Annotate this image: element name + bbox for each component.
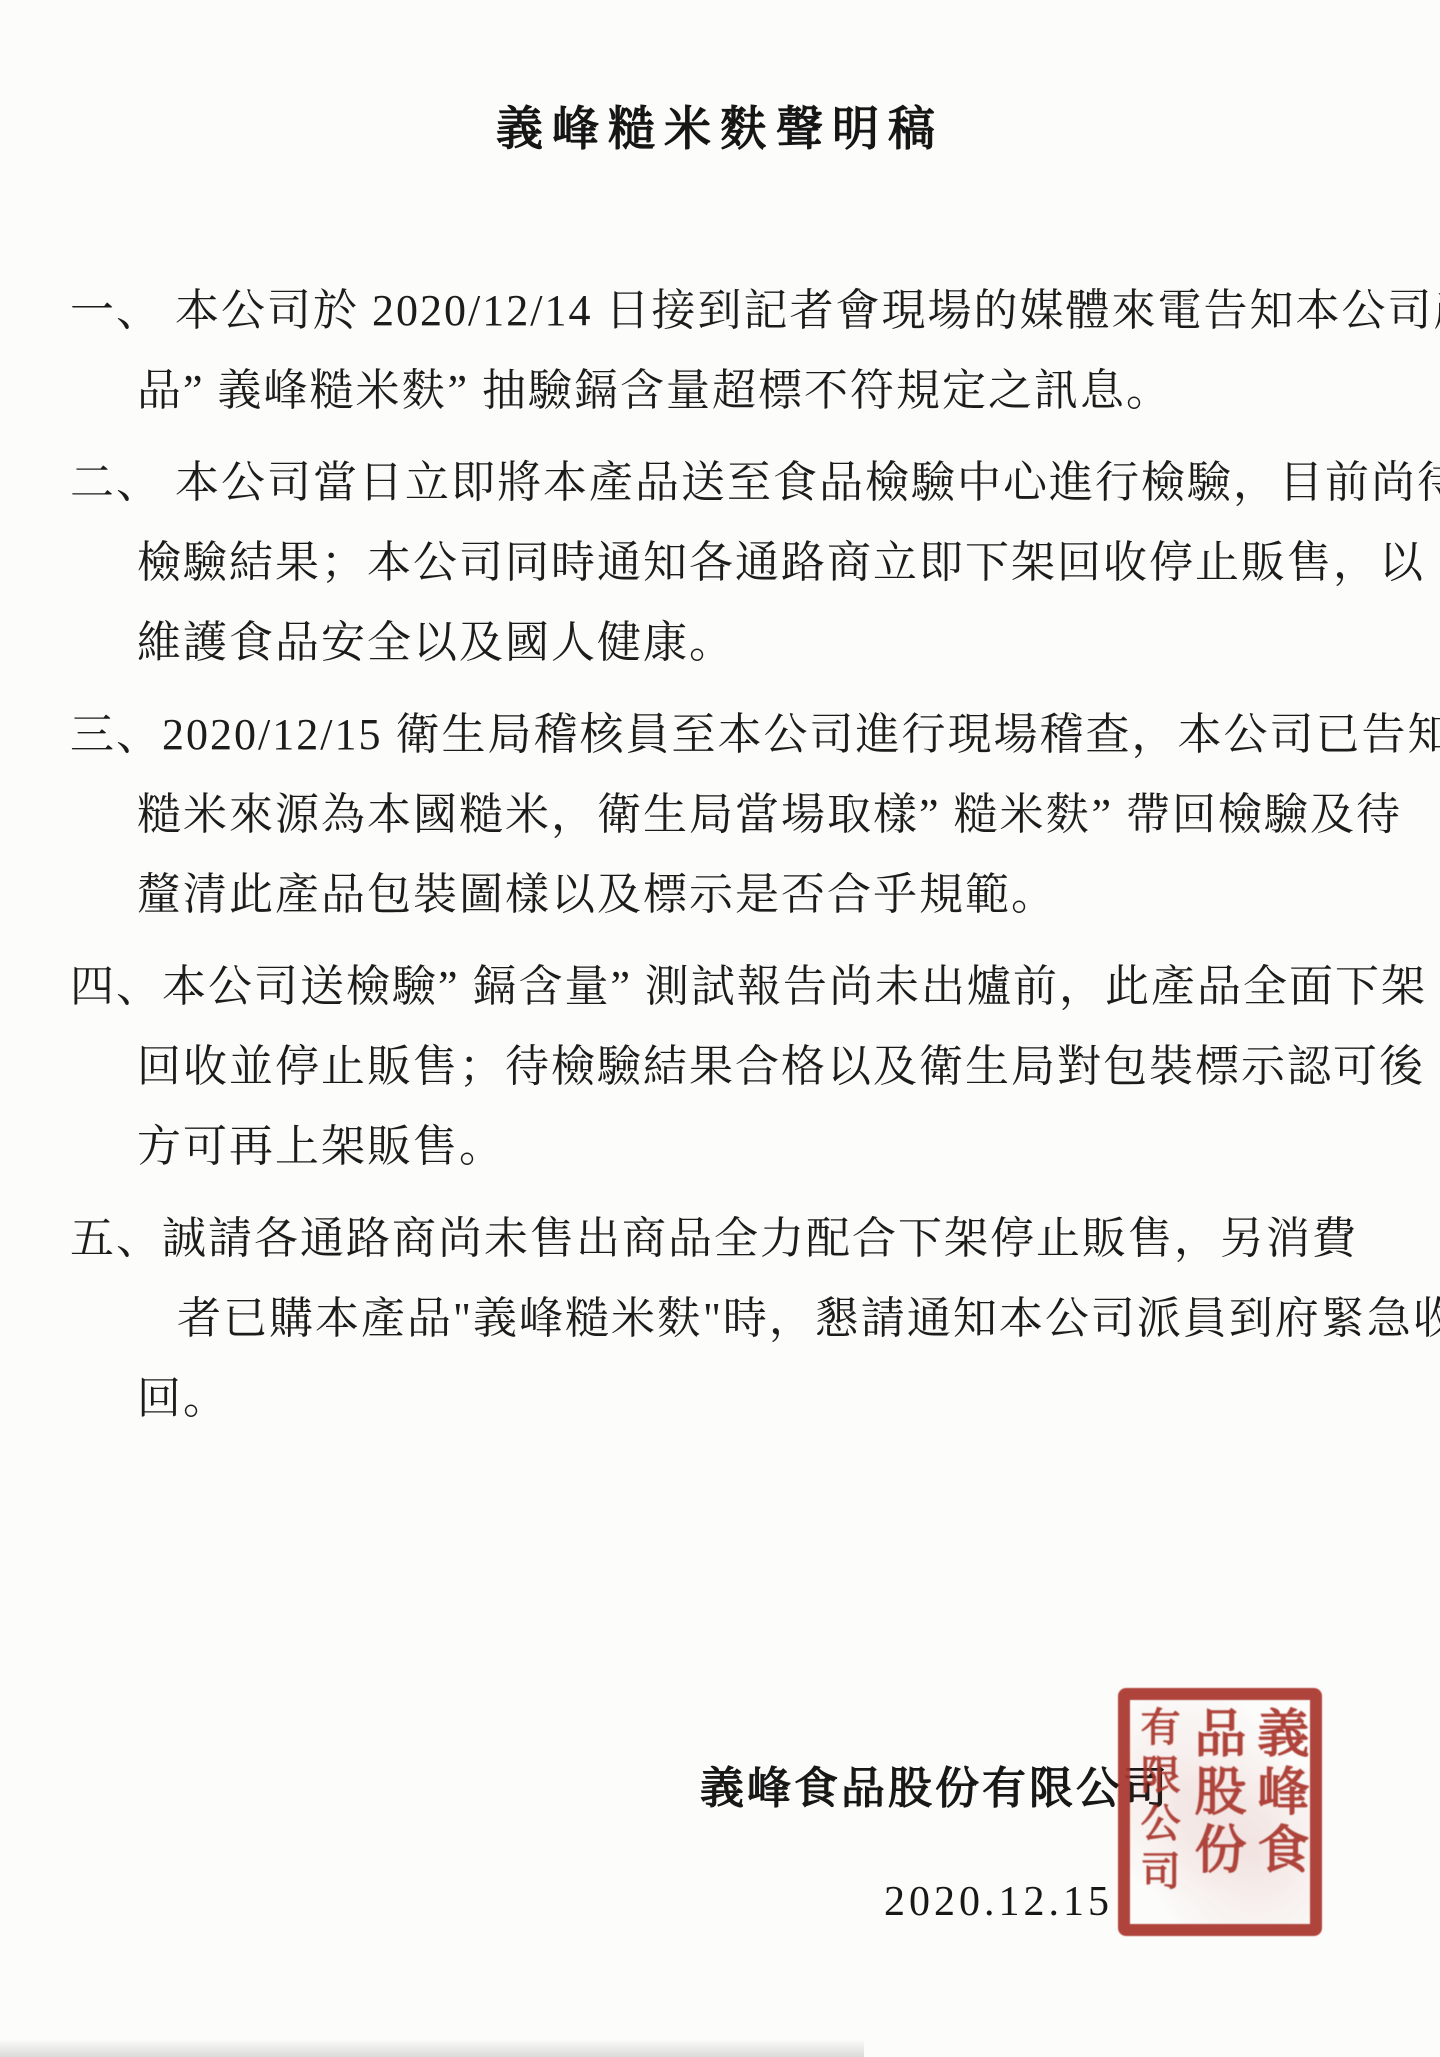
statement-date: 2020.12.15 <box>884 1878 1113 1926</box>
statement-line: 釐清此產品包裝圖樣以及標示是否合乎規範。 <box>137 855 1440 935</box>
statement-document-page: 義峰糙米麩聲明稿 一、 本公司於 2020/12/14 日接到記者會現場的媒體來… <box>0 0 1440 2057</box>
statement-line: 維護食品安全以及國人健康。 <box>137 603 1440 683</box>
statement-line: 方可再上架販售。 <box>137 1107 1440 1187</box>
statement-line: 二、 本公司當日立即將本產品送至食品檢驗中心進行檢驗，目前尚待 <box>70 443 1440 523</box>
statement-line: 糙米來源為本國糙米，衛生局當場取樣” 糙米麩” 帶回檢驗及待 <box>137 775 1440 855</box>
statement-line: 檢驗結果；本公司同時通知各通路商立即下架回收停止販售，以 <box>137 523 1440 603</box>
company-seal-stamp: 義峰食 品股份 有限公司 <box>1118 1688 1322 1936</box>
seal-text-column: 品股份 <box>1186 1706 1241 1880</box>
statement-line: 三、2020/12/15 衛生局稽核員至本公司進行現場稽查，本公司已告知 <box>70 695 1440 775</box>
statement-line: 品” 義峰糙米麩” 抽驗鎘含量超標不符規定之訊息。 <box>137 351 1440 431</box>
statement-body: 一、 本公司於 2020/12/14 日接到記者會現場的媒體來電告知本公司產 品… <box>0 271 1440 1439</box>
statement-line: 四、本公司送檢驗” 鎘含量” 測試報告尚未出爐前，此產品全面下架 <box>70 947 1440 1027</box>
statement-line: 五、誠請各通路商尚未售出商品全力配合下架停止販售，另消費 <box>70 1199 1440 1279</box>
statement-line: 回。 <box>137 1359 1440 1439</box>
seal-text-column: 義峰食 <box>1249 1706 1304 1880</box>
statement-line: 者已購本產品"義峰糙米麩"時，懇請通知本公司派員到府緊急收 <box>177 1279 1440 1359</box>
scan-edge-shadow <box>0 2039 864 2057</box>
document-title: 義峰糙米麩聲明稿 <box>0 0 1440 159</box>
statement-line: 一、 本公司於 2020/12/14 日接到記者會現場的媒體來電告知本公司產 <box>70 271 1440 351</box>
company-name: 義峰食品股份有限公司 <box>700 1752 1170 1816</box>
seal-text-column: 有限公司 <box>1136 1706 1178 1898</box>
statement-line: 回收並停止販售；待檢驗結果合格以及衛生局對包裝標示認可後 <box>137 1027 1440 1107</box>
